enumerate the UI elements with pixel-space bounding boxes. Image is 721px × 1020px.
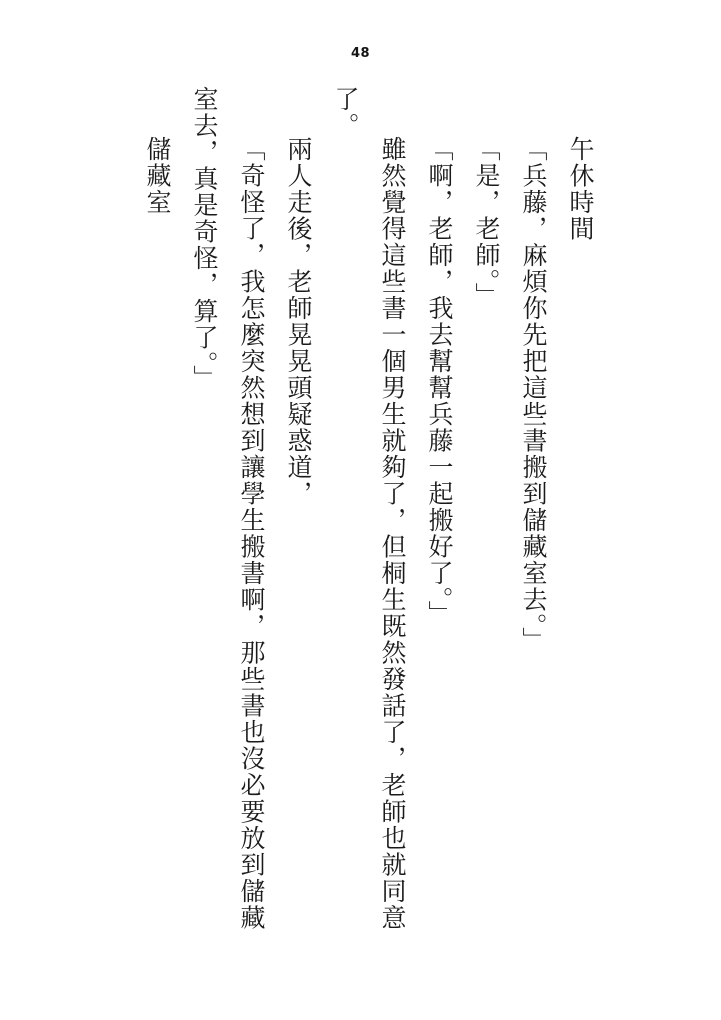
narration-paragraph: 雖然覺得這些書一個男生就夠了，但桐生既然發話了，老師也就同意了。 [321,86,415,936]
dialogue-line: 「啊，老師，我去幫幫兵藤一起搬好了。」 [415,86,462,936]
narration-paragraph: 兩人走後，老師晃晃頭疑惑道， [274,86,321,936]
book-page: 48 午休時間 「兵藤，麻煩你先把這些書搬到儲藏室去。」 「是，老師。」 「啊，… [0,0,721,1020]
dialogue-line: 「奇怪了，我怎麼突然想到讓學生搬書啊，那些書也沒必要放到儲藏室去，真是奇怪，算了… [180,86,274,936]
dialogue-line: 「是，老師。」 [462,86,509,936]
vertical-text-block: 午休時間 「兵藤，麻煩你先把這些書搬到儲藏室去。」 「是，老師。」 「啊，老師，… [133,86,603,936]
page-number: 48 [0,46,721,61]
scene-heading-storage-room: 儲藏室 [133,86,180,936]
dialogue-line: 「兵藤，麻煩你先把這些書搬到儲藏室去。」 [509,86,556,936]
scene-heading-lunch-break: 午休時間 [556,86,603,936]
